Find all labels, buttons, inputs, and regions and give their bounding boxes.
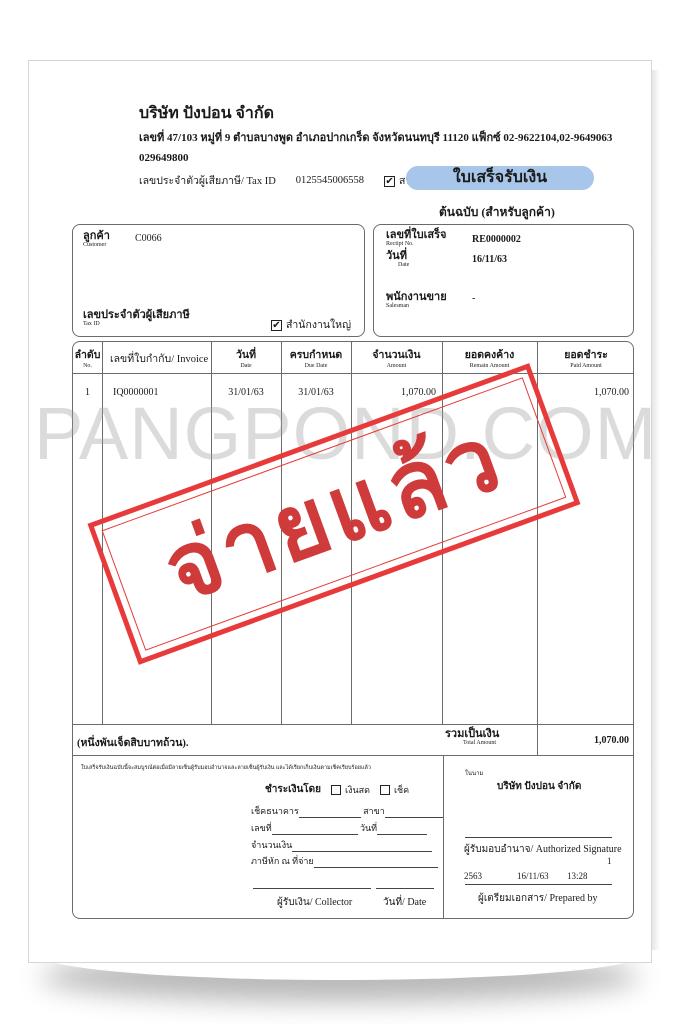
receipt-info-box: เลขที่ใบเสร็จ Rectipt No. RE0000002 วันท… <box>373 224 634 337</box>
cheque-option[interactable]: เช็ค <box>380 783 409 797</box>
number-label: เลขที่ <box>251 823 272 833</box>
column-header-due-date: ครบกำหนด Due Date <box>281 346 351 369</box>
header-divider <box>73 373 633 374</box>
column-header-en: Remain Amount <box>442 363 537 369</box>
receipt-date-label: วันที่ Date <box>386 251 409 269</box>
cash-option[interactable]: เงินสด <box>331 783 370 797</box>
on-behalf-label: ในนาม <box>465 768 483 778</box>
total-label-th: รวมเป็นเงิน <box>445 729 499 740</box>
total-label-en: Total Amount <box>445 740 499 747</box>
withholding-field: ภาษีหัก ณ ที่จ่าย <box>251 854 438 868</box>
receipt-no-label-en: Rectipt No. <box>386 241 446 248</box>
section-divider <box>443 755 444 918</box>
customer-code: C0066 <box>135 233 162 244</box>
customer-label-en: Customer <box>83 242 110 249</box>
cash-label: เงินสด <box>345 785 370 795</box>
cheque-date-line <box>377 825 427 835</box>
bank-field: เช็คธนาคาร สาขา <box>251 804 443 818</box>
column-header-en: Due Date <box>281 363 351 369</box>
amount-field: จำนวนเงิน <box>251 838 432 852</box>
column-header-th: ยอดชำระ <box>537 346 635 363</box>
row-date: 31/01/63 <box>211 387 281 398</box>
bank-label: เช็คธนาคาร <box>251 806 299 816</box>
customer-tax-label-th: เลขประจำตัวผู้เสียภาษี <box>83 310 190 321</box>
prepared-label: ผู้เตรียมเอกสาร/ Prepared by <box>478 891 597 906</box>
number-field: เลขที่ วันที่ <box>251 821 427 835</box>
items-table: ลำดับ No. เลขที่ใบกำกับ/ Invoice วันที่ … <box>72 341 634 725</box>
total-in-words: (หนึ่งพันเจ็ดสิบบาทถ้วน). <box>77 734 189 751</box>
column-header-en: Date <box>211 363 281 369</box>
customer-head-office-label: สำนักงานใหญ่ <box>286 320 351 331</box>
receipt-no-label: เลขที่ใบเสร็จ Rectipt No. <box>386 230 446 248</box>
bank-line <box>299 808 361 818</box>
column-divider <box>442 342 443 725</box>
column-header-th: จำนวนเงิน <box>351 346 442 363</box>
salesman-label-en: Salesman <box>386 303 447 310</box>
branch-label: สาขา <box>363 806 385 816</box>
number-line <box>272 825 358 835</box>
column-header-paid: ยอดชำระ Paid Amount <box>537 346 635 369</box>
row-no: 1 <box>73 387 102 398</box>
column-header-en: Amount <box>351 363 442 369</box>
salesman-value: - <box>472 293 475 304</box>
receipt-no-label-th: เลขที่ใบเสร็จ <box>386 230 446 241</box>
total-row: (หนึ่งพันเจ็ดสิบบาทถ้วน). รวมเป็นเงิน To… <box>72 724 634 756</box>
withholding-line <box>314 858 438 868</box>
checkbox-icon[interactable] <box>380 785 390 795</box>
row-due-date: 31/01/63 <box>281 387 351 398</box>
tax-id-label: เลขประจำตัวผู้เสียภาษี/ Tax ID <box>139 172 276 189</box>
column-header-th: เลขที่ใบกำกับ/ Invoice <box>110 350 211 367</box>
print-date: 16/11/63 <box>517 871 549 881</box>
tax-id-value: 0125545006558 <box>296 175 364 186</box>
column-header-remain: ยอดคงค้าง Remain Amount <box>442 346 537 369</box>
receipt-date: 16/11/63 <box>472 254 507 265</box>
row-amount: 1,070.00 <box>351 387 436 398</box>
print-year: 2563 <box>464 871 482 881</box>
cheque-date-label: วันที่ <box>360 823 377 833</box>
customer-label-th: ลูกค้า <box>83 231 110 242</box>
row-paid: 1,070.00 <box>537 387 629 398</box>
amount-label: จำนวนเงิน <box>251 840 292 850</box>
company-address: เลขที่ 47/103 หมู่ที่ 9 ตำบลบางพูด อำเภอ… <box>139 128 612 146</box>
column-header-th: ครบกำหนด <box>281 346 351 363</box>
authorized-line <box>465 837 612 838</box>
collector-line <box>253 888 371 889</box>
total-label: รวมเป็นเงิน Total Amount <box>445 729 499 747</box>
column-header-en: Paid Amount <box>537 363 635 369</box>
column-divider <box>351 342 352 725</box>
document-type-badge: ใบเสร็จรับเงิน <box>406 166 594 190</box>
withholding-label: ภาษีหัก ณ ที่จ่าย <box>251 856 314 866</box>
collector-date-label: วันที่/ Date <box>383 895 426 910</box>
receipt-no: RE0000002 <box>472 234 521 245</box>
column-header-th: ยอดคงค้าง <box>442 346 537 363</box>
payment-signature-section: ใบเสร็จรับเงินฉบับนี้จะสมบูรณ์ต่อเมื่อมี… <box>72 755 634 919</box>
company-name: บริษัท ปังปอน จำกัด <box>139 101 274 126</box>
print-time: 13:28 <box>567 871 588 881</box>
receipt-date-label-th: วันที่ <box>386 251 409 262</box>
customer-box: ลูกค้า Customer C0066 เลขประจำตัวผู้เสีย… <box>72 224 365 337</box>
receipt-page: บริษัท ปังปอน จำกัด เลขที่ 47/103 หมู่ที… <box>28 60 652 963</box>
collector-date-line <box>376 888 434 889</box>
column-divider <box>102 342 103 725</box>
customer-tax-label: เลขประจำตัวผู้เสียภาษี Tax ID <box>83 310 190 328</box>
authorized-label: ผู้รับมอบอำนาจ/ Authorized Signature <box>464 842 622 857</box>
company-phone: 029649800 <box>139 152 189 164</box>
column-divider <box>211 342 212 725</box>
column-header-no: ลำดับ No. <box>73 346 102 369</box>
customer-label: ลูกค้า Customer <box>83 231 110 249</box>
collector-label: ผู้รับเงิน/ Collector <box>277 895 352 910</box>
signature-company: บริษัท ปังปอน จำกัด <box>497 779 581 794</box>
checkbox-icon: ✔ <box>271 320 282 331</box>
salesman-label-th: พนักงานขาย <box>386 292 447 303</box>
amount-line <box>292 842 432 852</box>
company-tax-line: เลขประจำตัวผู้เสียภาษี/ Tax ID 012554500… <box>139 172 424 189</box>
column-header-en: No. <box>73 363 102 369</box>
column-divider <box>537 342 538 725</box>
checkbox-icon[interactable] <box>331 785 341 795</box>
customer-tax-label-en: Tax ID <box>83 321 190 328</box>
prepared-line <box>465 884 612 885</box>
salesman-label: พนักงานขาย Salesman <box>386 292 447 310</box>
column-header-th: วันที่ <box>211 346 281 363</box>
payment-method: ชำระเงินโดย เงินสด เช็ค <box>265 782 409 797</box>
payment-method-label: ชำระเงินโดย <box>265 782 321 797</box>
total-value: 1,070.00 <box>537 735 629 746</box>
column-header-th: ลำดับ <box>73 346 102 363</box>
row-invoice: IQ0000001 <box>113 387 159 398</box>
customer-head-office: ✔สำนักงานใหญ่ <box>271 316 351 333</box>
page-number: 1 <box>607 856 612 866</box>
column-header-date: วันที่ Date <box>211 346 281 369</box>
column-divider <box>281 342 282 725</box>
disclaimer: ใบเสร็จรับเงินฉบับนี้จะสมบูรณ์ต่อเมื่อมี… <box>81 764 401 772</box>
branch-line <box>385 808 443 818</box>
column-header-amount: จำนวนเงิน Amount <box>351 346 442 369</box>
cheque-label: เช็ค <box>394 785 409 795</box>
receipt-date-label-en: Date <box>386 262 409 269</box>
column-header-invoice: เลขที่ใบกำกับ/ Invoice <box>102 350 211 367</box>
checkbox-icon: ✔ <box>384 176 395 187</box>
copy-label: ต้นฉบับ (สำหรับลูกค้า) <box>439 203 555 222</box>
